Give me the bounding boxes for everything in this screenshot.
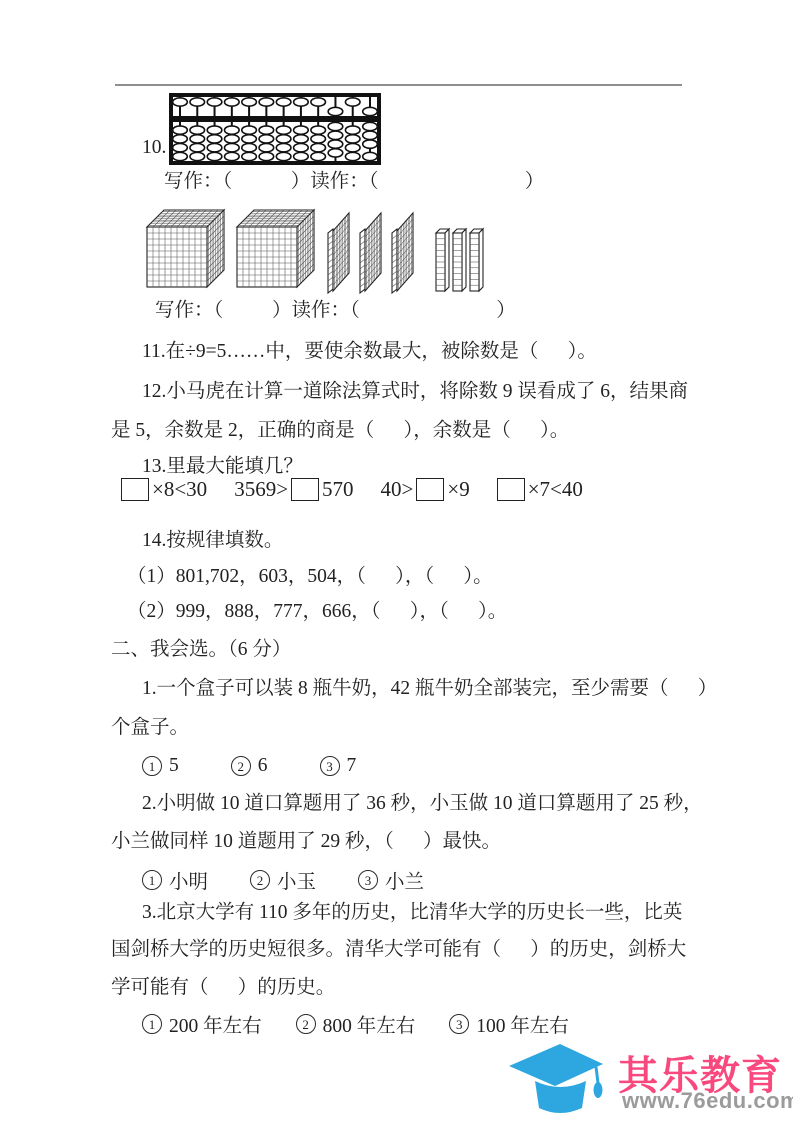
option-item[interactable]: 3小兰: [358, 866, 424, 894]
option-item[interactable]: 3100 年左右: [449, 1010, 569, 1038]
option-label: 7: [347, 755, 357, 777]
option-circled-number: 3: [449, 1014, 469, 1034]
option-circled-number: 1: [142, 1014, 162, 1034]
q10-write-read-line: 写作：（ ）读作：（ ）: [164, 170, 544, 193]
blocks-write-read-line: 写作：（ ）读作：（ ）: [155, 299, 516, 322]
worksheet-page: 10. 写作：（ ）读作：（ ） 写作：（ ）读作：（ ） 11.在÷9=5………: [0, 0, 793, 1122]
section-2-title: 二、我会选。（6 分）: [111, 638, 291, 661]
expression-text: ×9: [447, 477, 469, 502]
s2-question-3-line1: 3.北京大学有 110 多年的历史，比清华大学的历史长一些，比英: [142, 901, 682, 924]
option-item[interactable]: 37: [320, 755, 357, 777]
option-label: 100 年左右: [476, 1010, 569, 1038]
option-label: 200 年左右: [169, 1010, 262, 1038]
question-14-item-2: （2）999，888，777，666，（ ），（ ）。: [127, 600, 507, 623]
option-circled-number: 2: [231, 756, 251, 776]
expression: 40>×9: [381, 477, 470, 502]
option-circled-number: 1: [142, 870, 162, 890]
expression-text: ×8<30: [152, 477, 207, 502]
option-circled-number: 3: [358, 870, 378, 890]
option-circled-number: 3: [320, 756, 340, 776]
option-label: 小玉: [277, 866, 316, 894]
answer-box[interactable]: [291, 478, 319, 501]
expression: ×8<30: [121, 477, 207, 502]
answer-box[interactable]: [121, 478, 149, 501]
graduation-cap-icon: [503, 1037, 615, 1117]
option-label: 800 年左右: [323, 1010, 416, 1038]
option-item[interactable]: 1200 年左右: [142, 1010, 262, 1038]
expression-text: 3569>: [234, 477, 288, 502]
expression-text: 570: [322, 477, 354, 502]
expression-text: ×7<40: [528, 477, 583, 502]
expression-text: 40>: [381, 477, 414, 502]
s2-question-3-options: 1200 年左右2800 年左右3100 年左右: [142, 1010, 569, 1038]
expression: 3569>570: [234, 477, 353, 502]
expression: ×7<40: [497, 477, 583, 502]
option-item[interactable]: 1小明: [142, 866, 208, 894]
s2-question-2-line2: 小兰做同样 10 道题用了 29 秒，（ ）最快。: [111, 830, 501, 853]
logo-url-text[interactable]: www.76edu.com: [622, 1088, 793, 1114]
option-item[interactable]: 2小玉: [250, 866, 316, 894]
s2-question-1-options: 152637: [142, 755, 356, 777]
answer-box[interactable]: [497, 478, 525, 501]
option-circled-number: 2: [296, 1014, 316, 1034]
answer-box[interactable]: [416, 478, 444, 501]
s2-question-3-line3: 学可能有（ ）的历史。: [111, 976, 335, 999]
s2-question-1-line1: 1.一个盒子可以装 8 瓶牛奶，42 瓶牛奶全部装完，至少需要（ ）: [142, 677, 717, 700]
question-12-line2: 是 5，余数是 2，正确的商是（ ），余数是（ ）。: [111, 419, 569, 442]
question-12-line1: 12.小马虎在计算一道除法算式时，将除数 9 误看成了 6，结果商: [142, 380, 688, 403]
s2-question-2-line1: 2.小明做 10 道口算题用了 36 秒，小玉做 10 道口算题用了 25 秒，: [142, 792, 703, 815]
option-item[interactable]: 15: [142, 755, 179, 777]
question-13-title: 13.里最大能填几？: [142, 455, 303, 478]
question-14-title: 14.按规律填数。: [142, 529, 283, 552]
question-13-expressions: ×8<303569>57040>×9×7<40: [121, 477, 583, 502]
question-11-text: 11.在÷9=5……中，要使余数最大，被除数是（ ）。: [142, 340, 597, 363]
option-item[interactable]: 26: [231, 755, 268, 777]
question-14-item-1: （1）801,702，603，504，（ ），（ ）。: [127, 565, 493, 588]
s2-question-2-options: 1小明2小玉3小兰: [142, 866, 424, 894]
base-ten-blocks-image: [145, 201, 490, 297]
option-label: 5: [169, 755, 179, 777]
s2-question-1-line2: 个盒子。: [111, 716, 189, 739]
header-divider: [115, 84, 682, 86]
s2-question-3-line2: 国剑桥大学的历史短很多。清华大学可能有（ ）的历史，剑桥大: [111, 938, 686, 961]
option-circled-number: 1: [142, 756, 162, 776]
option-label: 小明: [169, 866, 208, 894]
abacus-image: [169, 93, 381, 165]
option-circled-number: 2: [250, 870, 270, 890]
option-item[interactable]: 2800 年左右: [296, 1010, 416, 1038]
option-label: 6: [258, 755, 268, 777]
question-10-number: 10.: [142, 136, 166, 159]
option-label: 小兰: [385, 866, 424, 894]
